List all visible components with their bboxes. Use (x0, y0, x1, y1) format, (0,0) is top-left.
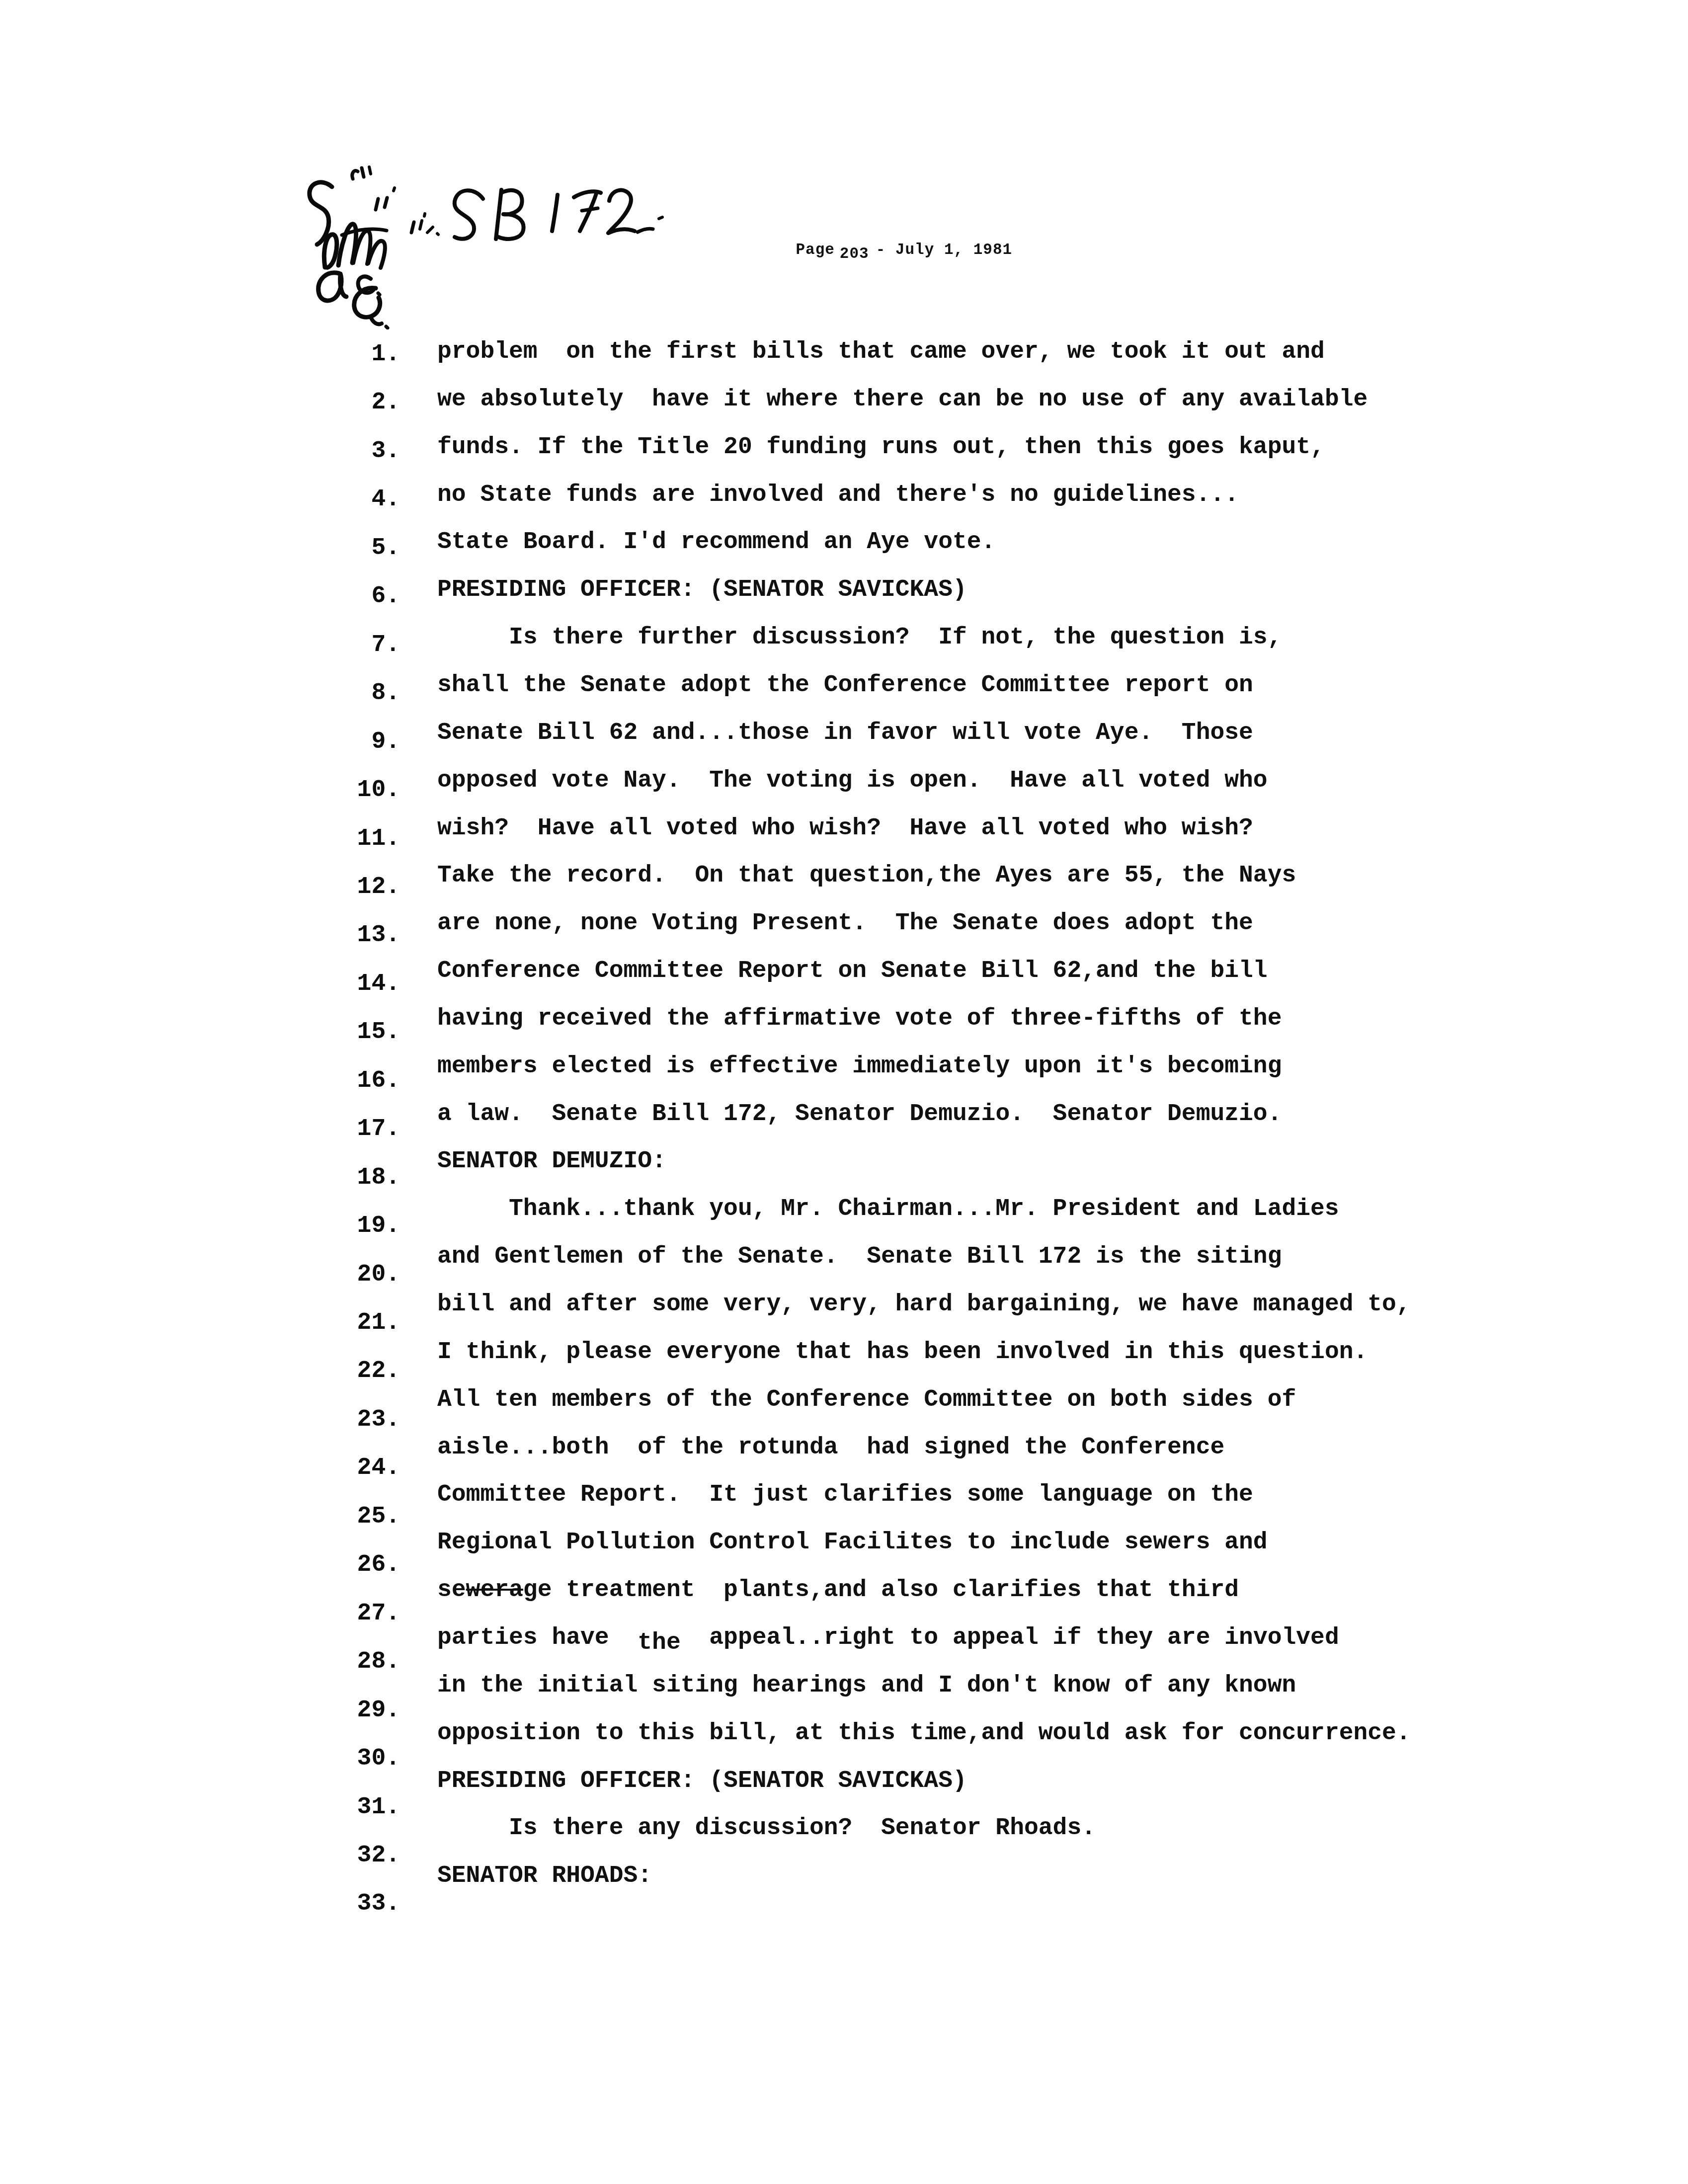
line-text: opposition to this bill, at this time,an… (437, 1718, 1411, 1748)
line-text: no State funds are involved and there's … (437, 480, 1239, 510)
text-segment: and Gentlemen of the Senate. Senate Bill… (437, 1243, 1282, 1270)
text-segment: opposed vote Nay. The voting is open. Ha… (437, 767, 1268, 794)
text-segment: a law. Senate Bill 172, Senator Demuzio.… (437, 1101, 1282, 1128)
text-segment: bill and after some very, very, hard bar… (437, 1291, 1411, 1318)
line-number: 5. (298, 533, 400, 563)
line-number: 4. (298, 485, 400, 514)
line-number: 8. (298, 678, 400, 708)
text-segment: SENATOR DEMUZIO: (437, 1148, 666, 1175)
line-text: aisle...both of the rotunda had signed t… (437, 1433, 1224, 1462)
line-number: 1. (298, 339, 400, 369)
text-segment: PRESIDING OFFICER: (SENATOR SAVICKAS) (437, 1768, 967, 1794)
text-segment: All ten members of the Conference Commit… (437, 1386, 1296, 1413)
text-segment: I think, please everyone that has been i… (437, 1339, 1367, 1366)
line-number: 18. (298, 1163, 400, 1193)
line-number: 16. (298, 1066, 400, 1096)
text-segment: Is there any discussion? Senator Rhoads. (509, 1815, 1096, 1842)
line-text: Thank...thank you, Mr. Chairman...Mr. Pr… (437, 1194, 1339, 1224)
line-number: 21. (298, 1308, 400, 1338)
text-segment: no State funds are involved and there's … (437, 482, 1239, 508)
line-number: 30. (298, 1744, 400, 1774)
line-text: bill and after some very, very, hard bar… (437, 1290, 1411, 1319)
line-number: 19. (298, 1211, 400, 1241)
text-segment: are none, none Voting Present. The Senat… (437, 910, 1253, 937)
text-segment: Regional Pollution Control Facilites to … (437, 1529, 1268, 1556)
line-text: Is there any discussion? Senator Rhoads. (437, 1813, 1096, 1843)
line-number: 13. (298, 920, 400, 950)
document-page: Page203- July 1, 1981 1.problem on the f… (0, 0, 1688, 2184)
line-text: are none, none Voting Present. The Senat… (437, 908, 1253, 938)
line-number: 29. (298, 1696, 400, 1725)
line-text: Conference Committee Report on Senate Bi… (437, 956, 1268, 986)
line-number: 17. (298, 1114, 400, 1144)
line-number: 24. (298, 1453, 400, 1483)
text-segment: opposition to this bill, at this time,an… (437, 1720, 1411, 1747)
line-text: SENATOR DEMUZIO: (437, 1146, 666, 1176)
line-number: 11. (298, 824, 400, 854)
text-segment: Conference Committee Report on Senate Bi… (437, 958, 1268, 984)
line-text: parties have the appeal..right to appeal… (437, 1623, 1339, 1653)
line-text: wish? Have all voted who wish? Have all … (437, 813, 1253, 843)
line-number: 23. (298, 1405, 400, 1435)
line-text: problem on the first bills that came ove… (437, 337, 1325, 367)
line-text: Take the record. On that question,the Ay… (437, 861, 1296, 890)
text-segment: members elected is effective immediately… (437, 1053, 1282, 1080)
text-segment: PRESIDING OFFICER: (SENATOR SAVICKAS) (437, 576, 967, 603)
text-segment: Take the record. On that question,the Ay… (437, 862, 1296, 889)
line-number: 26. (298, 1550, 400, 1580)
text-segment: aisle...both of the rotunda had signed t… (437, 1434, 1224, 1461)
text-segment: appeal..right to appeal if they are invo… (681, 1624, 1339, 1651)
text-segment: the (638, 1629, 680, 1656)
line-text: we absolutely have it where there can be… (437, 385, 1367, 414)
text-segment: SENATOR RHOADS: (437, 1862, 652, 1889)
text-segment: in the initial siting hearings and I don… (437, 1672, 1296, 1699)
line-text: a law. Senate Bill 172, Senator Demuzio.… (437, 1099, 1282, 1129)
line-number: 27. (298, 1599, 400, 1628)
line-text: opposed vote Nay. The voting is open. Ha… (437, 766, 1268, 796)
line-text: shall the Senate adopt the Conference Co… (437, 670, 1253, 700)
line-number: 2. (298, 388, 400, 417)
text-segment: Thank...thank you, Mr. Chairman...Mr. Pr… (509, 1196, 1339, 1222)
line-number: 33. (298, 1889, 400, 1919)
line-number: 22. (298, 1356, 400, 1386)
line-number: 15. (298, 1017, 400, 1047)
line-text: State Board. I'd recommend an Aye vote. (437, 527, 995, 557)
transcript: 1.problem on the first bills that came o… (0, 0, 1688, 2184)
line-number: 20. (298, 1260, 400, 1290)
line-text: funds. If the Title 20 funding runs out,… (437, 432, 1325, 462)
text-segment: Committee Report. It just clarifies some… (437, 1481, 1253, 1508)
line-number: 10. (298, 775, 400, 805)
text-segment: shall the Senate adopt the Conference Co… (437, 672, 1253, 699)
line-text: Regional Pollution Control Facilites to … (437, 1528, 1268, 1557)
line-number: 6. (298, 581, 400, 611)
line-text: Senate Bill 62 and...those in favor will… (437, 718, 1253, 748)
line-text: sewerage treatment plants,and also clari… (437, 1575, 1239, 1605)
text-segment: we absolutely have it where there can be… (437, 386, 1367, 413)
text-segment: problem on the first bills that came ove… (437, 338, 1325, 365)
line-text: Is there further discussion? If not, the… (437, 623, 1282, 652)
line-number: 28. (298, 1647, 400, 1677)
line-text: SENATOR RHOADS: (437, 1861, 652, 1891)
text-segment: se (437, 1577, 466, 1604)
line-text: PRESIDING OFFICER: (SENATOR SAVICKAS) (437, 1766, 967, 1796)
line-text: having received the affirmative vote of … (437, 1004, 1282, 1034)
line-text: Committee Report. It just clarifies some… (437, 1480, 1253, 1510)
text-segment: State Board. I'd recommend an Aye vote. (437, 529, 995, 556)
line-number: 7. (298, 630, 400, 660)
line-number: 31. (298, 1792, 400, 1822)
line-number: 3. (298, 436, 400, 466)
line-number: 9. (298, 727, 400, 757)
text-segment: ge treatment plants,and also clarifies t… (523, 1577, 1239, 1604)
text-segment: Senate Bill 62 and...those in favor will… (437, 720, 1253, 746)
line-text: I think, please everyone that has been i… (437, 1337, 1367, 1367)
line-text: All ten members of the Conference Commit… (437, 1385, 1296, 1415)
text-segment: having received the affirmative vote of … (437, 1005, 1282, 1032)
text-segment: funds. If the Title 20 funding runs out,… (437, 434, 1325, 461)
line-number: 12. (298, 872, 400, 902)
struck-text: wera (466, 1577, 523, 1604)
line-text: in the initial siting hearings and I don… (437, 1671, 1296, 1700)
line-text: PRESIDING OFFICER: (SENATOR SAVICKAS) (437, 575, 967, 605)
text-segment: Is there further discussion? If not, the… (509, 624, 1282, 651)
text-segment: wish? Have all voted who wish? Have all … (437, 815, 1253, 842)
line-text: and Gentlemen of the Senate. Senate Bill… (437, 1242, 1282, 1272)
text-segment: parties have (437, 1624, 638, 1651)
line-number: 32. (298, 1841, 400, 1870)
line-number: 25. (298, 1502, 400, 1532)
line-number: 14. (298, 969, 400, 999)
line-text: members elected is effective immediately… (437, 1052, 1282, 1081)
